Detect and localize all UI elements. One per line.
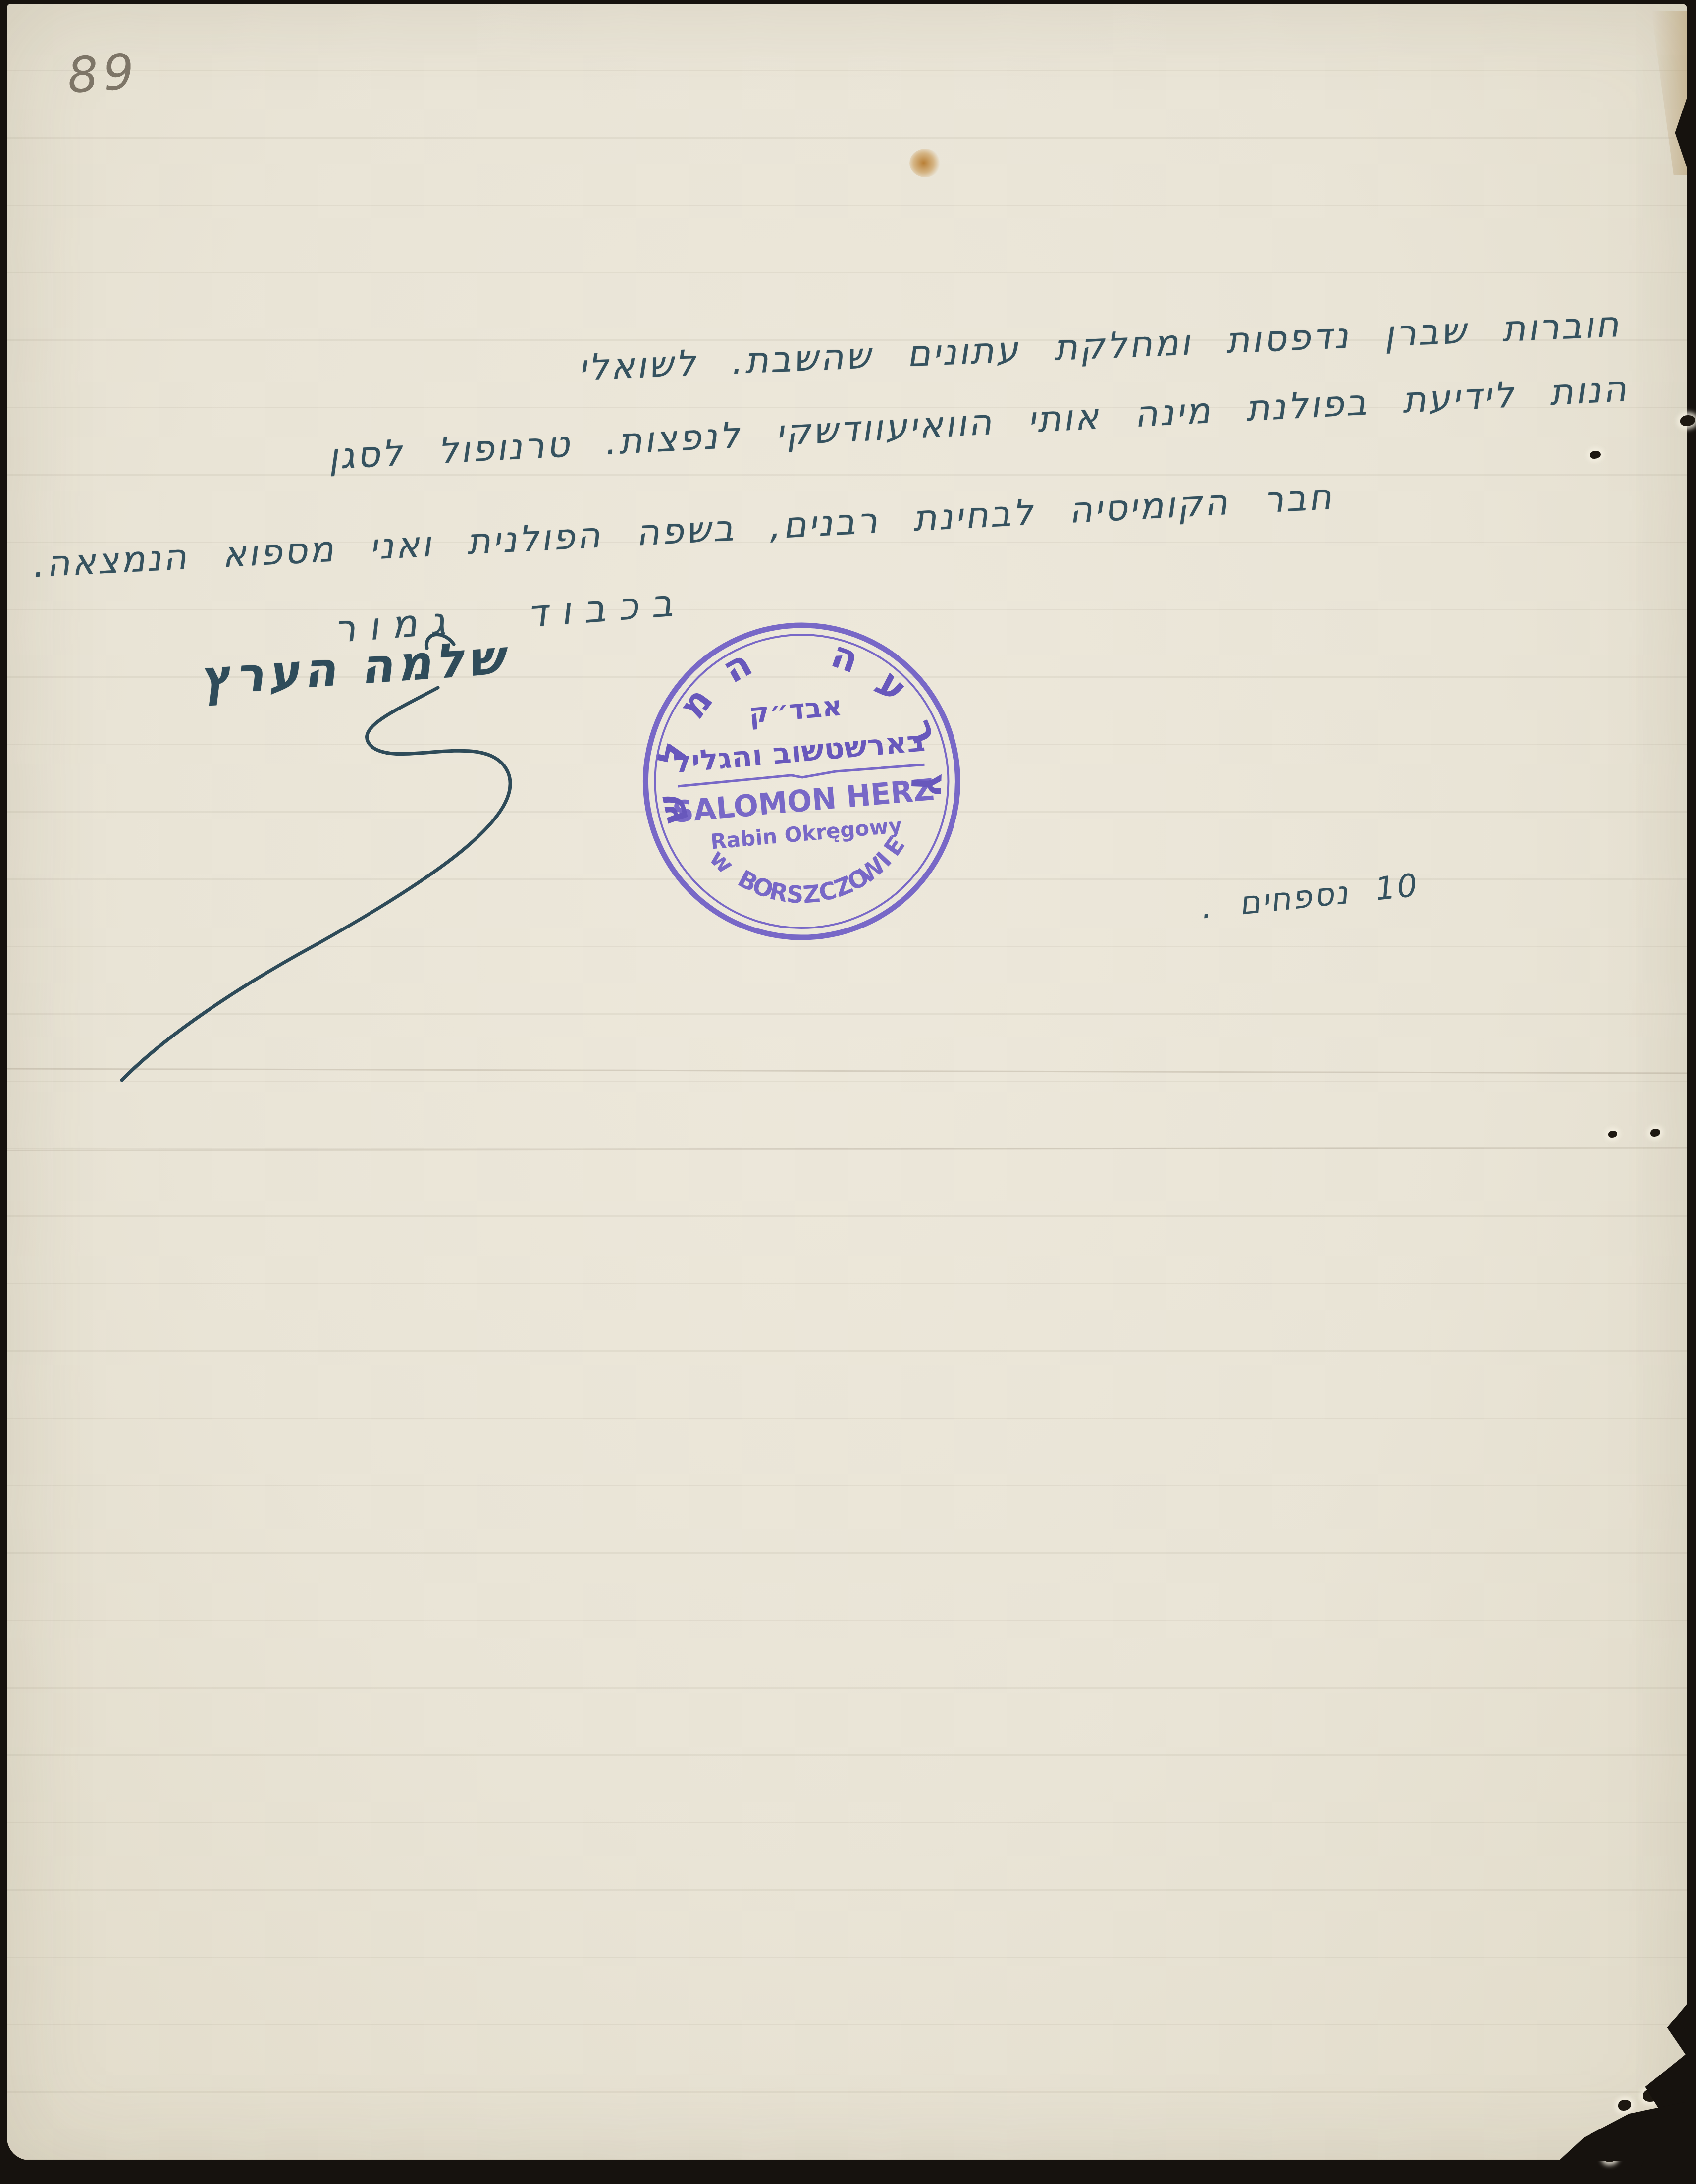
letter-page: 89 חוברות שברן נדפסות ומחלקת עתונים שהשב… — [7, 4, 1687, 2160]
paper-hole — [1680, 415, 1695, 426]
stamp-town-hebrew: בארשטשוב והגליל — [672, 724, 926, 779]
rabbi-rubber-stamp: אבד״ק בארשטשוב והגליל SALOMON HERZ Rabin… — [615, 602, 990, 978]
foxing-stain — [909, 149, 941, 177]
stamp-hebrew-name-arc: ץ — [911, 773, 956, 799]
scanned-document: 89 חוברות שברן נדפסות ומחלקת עתונים שהשב… — [0, 0, 1696, 2184]
pencil-page-number: 89 — [65, 43, 141, 105]
stamp-title-abbr: אבד״ק — [747, 690, 844, 730]
stamp-graphic: אבד״ק בארשטשוב והגליל SALOMON HERZ Rabin… — [615, 602, 990, 978]
stamp-hebrew-name-arc: ה — [826, 632, 865, 682]
